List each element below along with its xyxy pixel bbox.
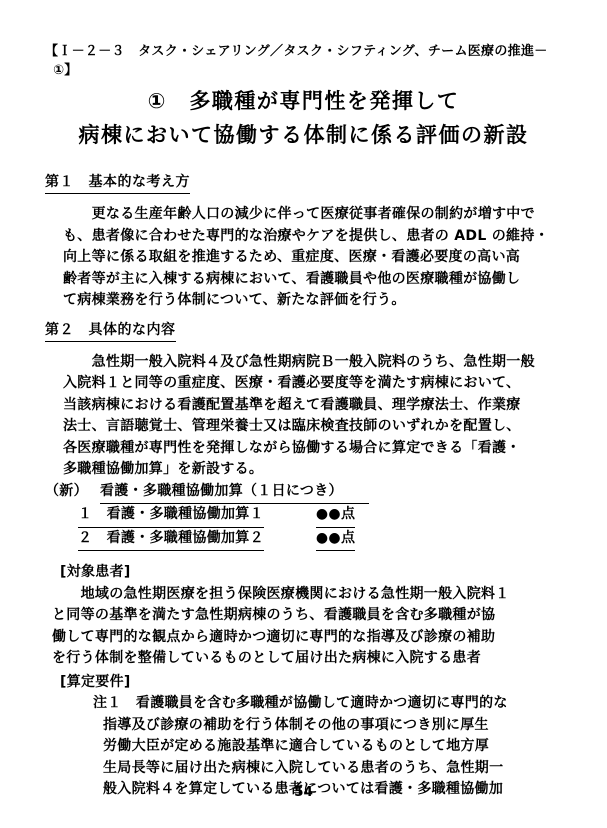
section1-body: 更なる生産年齢人口の減少に伴って医療従事者確保の制約が増す中で も、患者像に合わ… [63,204,607,312]
section2-heading-text: 第２ 具体的な内容 [45,320,176,342]
section2-body: 急性期一般入院料４及び急性期病院Ｂ一般入院料のうち、急性期一般 入院料１と同等の… [63,352,607,481]
fee-row1-label: １ 看護・多職種協働加算１ [78,504,264,528]
document-tag: 【Ｉ－２－３ タスク・シェアリング／タスク・シフティング、チーム医療の推進－ ①… [45,42,567,80]
fee-row1-points: ●●点 [316,504,355,528]
note1-first-line: 注１ 看護職員を含む多職種が協働して適時かつ適切に専門的な [93,693,607,715]
section2-heading: 第２ 具体的な内容 [45,320,607,342]
section1-heading: 第１ 基本的な考え方 [45,172,607,194]
target-patients-heading: [対象患者] [60,562,607,584]
new-item-title: 看護・多職種協働加算（１日につき） [100,481,607,505]
target-patients-body: 地域の急性期医療を担う保険医療機関における急性期一般入院料１ と同等の基準を満た… [52,584,607,670]
fee-row2-points: ●●点 [316,528,355,552]
fee-row2-label: ２ 看護・多職種協働加算２ [78,528,264,552]
fee-table-row: ２ 看護・多職種協働加算２●●点 [78,528,607,552]
page-title-line1: ① 多職種が専門性を発揮して [0,86,607,116]
new-item-label: （新） [45,481,88,503]
document-page: 【Ｉ－２－３ タスク・シェアリング／タスク・シフティング、チーム医療の推進－ ①… [0,0,607,828]
document-tag-line1: 【Ｉ－２－３ タスク・シェアリング／タスク・シフティング、チーム医療の推進－ [45,42,567,61]
document-tag-line2: ①】 [53,61,567,80]
calc-requirements-heading: [算定要件] [60,672,607,694]
new-item-title-text: 看護・多職種協働加算（１日につき） [100,481,369,505]
page-title-line2: 病棟において協働する体制に係る評価の新設 [0,120,607,150]
page-number: 54 [0,784,607,800]
new-addition-block: （新） 看護・多職種協働加算（１日につき） １ 看護・多職種協働加算１●●点 ２… [0,481,607,552]
fee-table-row: １ 看護・多職種協働加算１●●点 [78,504,607,528]
section1-heading-text: 第１ 基本的な考え方 [45,172,190,194]
